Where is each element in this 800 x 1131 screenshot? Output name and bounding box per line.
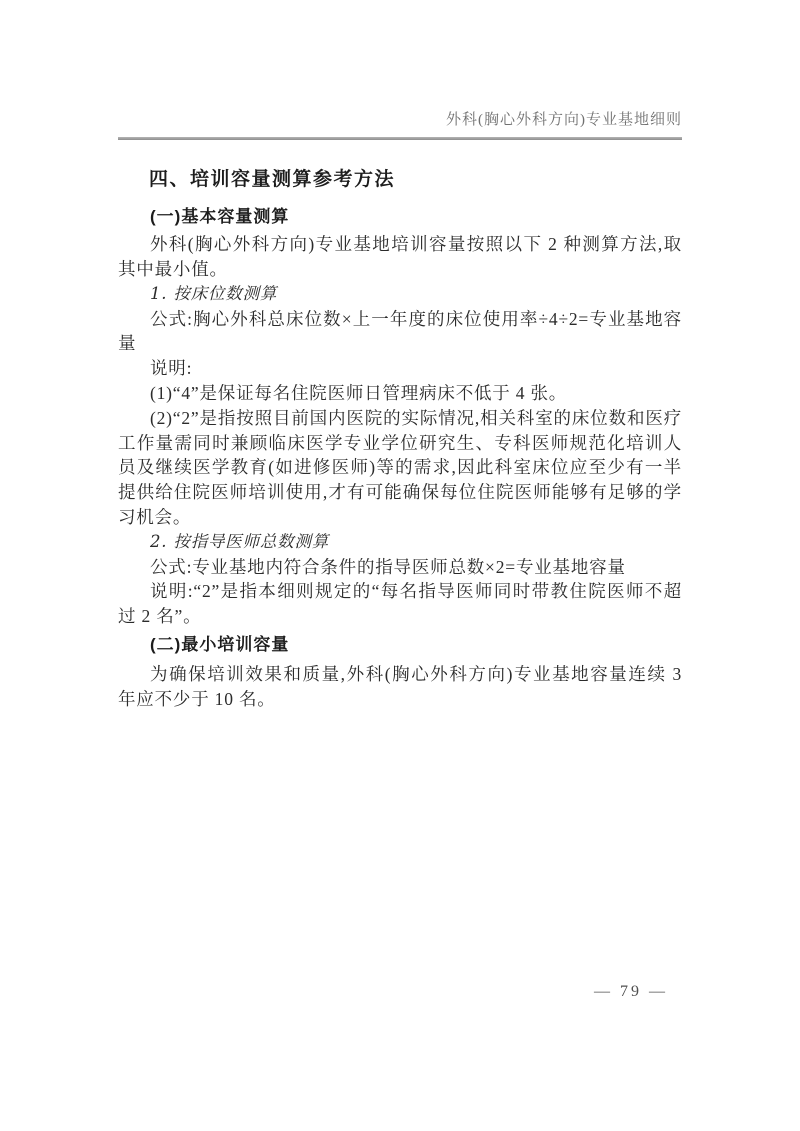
- chapter-title: 四、培训容量测算参考方法: [118, 167, 682, 192]
- formula-line: 公式:专业基地内符合条件的指导医师总数×2=专业基地容量: [118, 555, 682, 580]
- paragraph: 外科(胸心外科方向)专业基地培训容量按照以下 2 种测算方法,取其中最小值。: [118, 232, 682, 282]
- paragraph: (1)“4”是保证每名住院医师日管理病床不低于 4 张。: [118, 381, 682, 406]
- kaiti-subheading: 1. 按床位数测算: [118, 282, 682, 307]
- document-body: (一)基本容量测算 外科(胸心外科方向)专业基地培训容量按照以下 2 种测算方法…: [118, 205, 682, 712]
- section-heading: (一)基本容量测算: [118, 205, 682, 230]
- kaiti-subheading: 2. 按指导医师总数测算: [118, 530, 682, 555]
- formula-line: 公式:胸心外科总床位数×上一年度的床位使用率÷4÷2=专业基地容量: [118, 307, 682, 357]
- paragraph: 为确保培训效果和质量,外科(胸心外科方向)专业基地容量连续 3 年应不少于 10…: [118, 662, 682, 712]
- paragraph: 说明:“2”是指本细则规定的“每名指导医师同时带教住院医师不超过 2 名”。: [118, 579, 682, 629]
- document-page: 外科(胸心外科方向)专业基地细则 四、培训容量测算参考方法 (一)基本容量测算 …: [118, 0, 682, 1131]
- running-head: 外科(胸心外科方向)专业基地细则: [118, 110, 682, 130]
- header-rule: [118, 137, 682, 140]
- section-heading: (二)最小培训容量: [118, 633, 682, 658]
- page-number: — 79 —: [118, 981, 668, 1003]
- paragraph: 说明:: [118, 356, 682, 381]
- paragraph: (2)“2”是指按照目前国内医院的实际情况,相关科室的床位数和医疗工作量需同时兼…: [118, 406, 682, 530]
